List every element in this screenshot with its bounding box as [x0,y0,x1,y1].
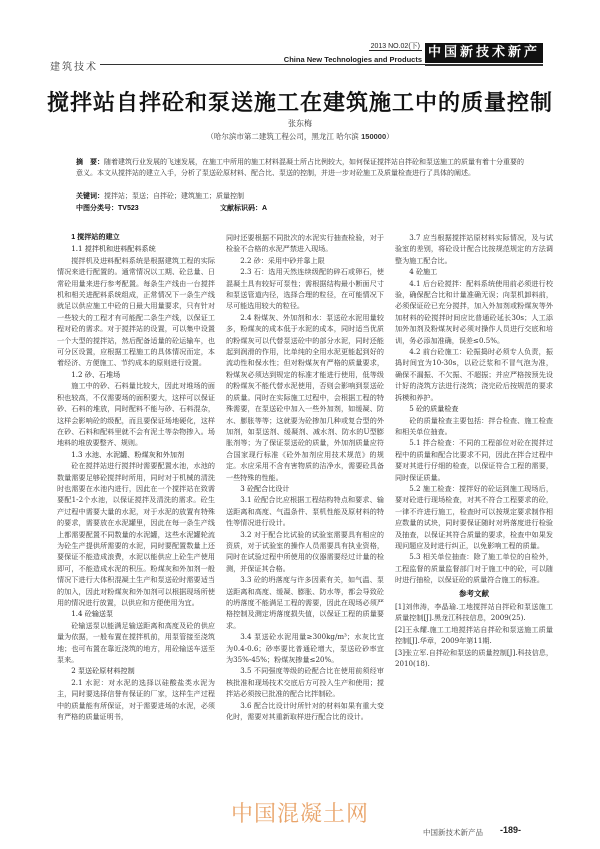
abstract: 摘 要：随着建筑行业发展的飞速发展，在施工中所用的施工材料混凝土所占比例较大，如… [76,157,526,179]
paragraph: 4.2 前台砼施工：砼振捣时必须专人负责，振捣时间宜为10-30s，以砼泛浆和不… [395,346,553,403]
classification-number: 中图分类号：TV523 [76,203,139,213]
paragraph: 3.6 配合比设计时所针对的材料如果有重大变化时，需要对其重新取样进行配合比的设… [226,700,384,723]
paragraph: 2.2 砂：采用中砂并靠上限 [226,255,384,266]
affiliation: （哈尔滨市第二建筑工程公司，黑龙江 哈尔滨 150000） [0,131,600,142]
journal-page: 建筑技术 2013 NO.02(下) China New Technologie… [0,0,600,849]
subsection-heading: 1.1 搅拌机和进料配料系统 [57,243,215,254]
journal-badge: 中国新技术新产品 [425,43,543,63]
column-2: 同时还要根据不同批次的水泥实行抽查检验，对于检验不合格的水泥严禁进入现场。 2.… [226,232,384,722]
paragraph: 3.1 砼配合比应根据工程结构特点和要求、输送距离和高度、气温条件、泵机性能及原… [226,494,384,528]
paragraph: 同时还要根据不同批次的水泥实行抽查检验，对于检验不合格的水泥严禁进入现场。 [226,232,384,255]
paragraph: 2.1 水泥：对水泥的选择以硅酸盐类水泥为主，同时要选择信誉有保证的厂家，这样生… [57,677,215,723]
keywords-text: 搅拌站；泵送；自拌砼；建筑施工；质量控制 [104,192,244,200]
paragraph: 2.4 粉煤灰、外加剂和水：泵送砼水泥用量较多，粉煤灰的成本低于水泥的成本，同时… [226,312,384,483]
paragraph: 3.4 泵送砼水泥用量≥300kg/m³；水灰比宜为0.4-0.6；砂率要比普通… [226,631,384,665]
paragraph: 3.2 对于配合比试验的试验室需要具有相应的资质，对于试验室的操作人员需要具有执… [226,529,384,575]
paragraph: 施工中的砂、石料量比较大，因此对堆场的面积也较高，不仅需要场的面积要大，这样可以… [57,380,215,448]
section-heading: 3 砼配合比设计 [226,483,384,494]
section-heading: 5 砼的质量检查 [395,403,553,414]
document-code: 文献标识码：A [220,203,267,213]
reference-item: [2]王永耀.施工工地搅拌站自拌砼和泵送施工质量控制[J].华章，2009年第1… [395,624,553,647]
paragraph: 搅拌机及进料配料系统是根据建筑工程的实际情况来进行配置的。通常情况以工期、砼总量… [57,255,215,369]
section-label: 建筑技术 [50,58,98,73]
badge-rule [425,64,543,66]
issue-number: 2013 NO.02(下) [369,42,422,51]
keywords: 关键词：搅拌站；泵送；自拌砼；建筑施工；质量控制 [76,191,526,201]
article-title: 搅拌站自拌砼和泵送施工在建筑施工中的质量控制 [0,86,600,117]
paragraph: 3.5 不同强度等级的砼配合比在使用前须经审核批准和现场技术交底后方可投入生产和… [226,665,384,699]
section-heading: 1 搅拌站的建立 [57,232,215,243]
reference-item: [3]张立军.自拌砼和泵送的质量控制[J].科技信息，2010(18). [395,647,553,670]
paragraph: 4.1 后台砼搅拌：配料系统使用前必须进行校验，确保配合比和计量准确无误；向泵机… [395,278,553,346]
paragraph: 3.3 砼的坍落度与许多因素有关，如气温、泵送距离和高度、缓凝、膨胀、防水等，都… [226,574,384,631]
abstract-label: 摘 要： [76,159,104,166]
header-rule [100,64,472,65]
issue-text: 2013 NO.02(下) [369,43,422,51]
author-name: 张东梅 [0,118,600,129]
footer-journal-name: 中国新技术新产品 [423,827,483,838]
paragraph: 5.2 施工检查：搅拌好的砼运到施工现场后，要对砼进行现场检查，对其不符合工程要… [395,483,553,551]
affiliation-text: （哈尔滨市第二建筑工程公司，黑龙江 哈尔滨 [206,132,361,141]
keywords-label: 关键词： [76,193,104,200]
watermark: 中国混凝土网 [200,797,400,828]
affiliation-close: ） [386,132,394,141]
subsection-heading: 1.2 砂、石堆场 [57,369,215,380]
section-heading: 2 泵送砼原材料控制 [57,665,215,676]
reference-item: [1]刘伟涛，李晶瑜.工地搅拌站自拌砼和泵送施工质量控制[J].黑龙江科技信息，… [395,601,553,624]
column-1: 1 搅拌站的建立 1.1 搅拌机和进料配料系统 搅拌机及进料配料系统是根据建筑工… [57,232,215,722]
abstract-text: 随着建筑行业发展的飞速发展，在施工中所用的施工材料混凝土所占比例较大，如何保证搅… [76,158,524,177]
paragraph: 2.3 石：选用天然连续级配的碎石或卵石，使混凝土具有较好可泵性；需根据结构最小… [226,266,384,312]
references-heading: 参考文献 [395,588,553,599]
page-number: -189- [500,825,521,835]
paragraph: 砼在搅拌站进行搅拌时需要配置水池，水池的数量需要足够砼搅拌时所用，同时对于机械的… [57,460,215,608]
paragraph: 3.7 应当根据搅拌站原材料实际情况，及与试验室的差别，将砼设计配合比按规范规定… [395,232,553,266]
paragraph: 5.1 拌合检查：不同的工程部位对砼在搅拌过程中的质量和配合比要求不同，因此在拌… [395,437,553,483]
paragraph: 砼的质量检查主要包括：拌合检查、施工检查和相关单位抽查。 [395,415,553,438]
column-3: 3.7 应当根据搅拌站原材料实际情况，及与试验室的差别，将砼设计配合比按规范规定… [395,232,553,669]
postcode: 150000 [361,132,386,141]
paragraph: 5.3 相关单位抽查：除了施工单位的自检外，工程监督的质量监督部门对于施工中的砼… [395,551,553,585]
subsection-heading: 1.3 水池、水泥罐、粉煤灰和外加剂 [57,449,215,460]
section-heading: 4 砼施工 [395,266,553,277]
journal-english-name: China New Technologies and Products [284,55,422,64]
paragraph: 砼输送泵以能满足输送距离和高度及砼的供应量为依据，一般布置在搅拌机前，用泵管接至… [57,620,215,666]
subsection-heading: 1.4 砼输送泵 [57,608,215,619]
